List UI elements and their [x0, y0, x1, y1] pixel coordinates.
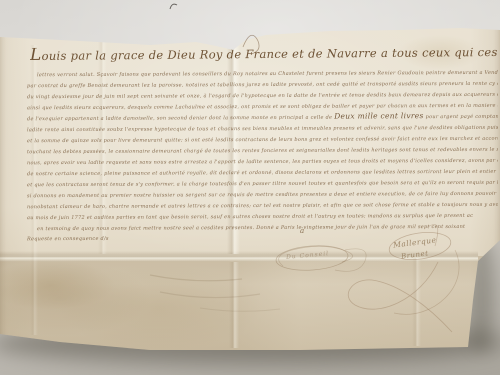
manuscript-line: ainsi que lesdits sieurs acquereurs, des… [27, 103, 498, 111]
signature-right-1: Mallerque [393, 235, 437, 249]
manuscript-line: touchant les debtes passées, le cessionn… [27, 147, 498, 155]
manuscript-line: lettres verront salut. Sçavoir faisons q… [37, 70, 498, 78]
sum-amount: Deux mille cent livres [334, 112, 423, 120]
photo-of-parchment: Louis par la grace de Dieu Roy de France… [0, 0, 500, 375]
manuscript-line: et la somme de quinze sols pour livre de… [27, 136, 498, 144]
sum-line-before: de l'exequier appartenant a ladite damoi… [27, 115, 332, 123]
ink-mark [170, 4, 177, 9]
manuscript-closing-line: Requeste en consequence d/s [27, 236, 122, 242]
manuscript-year-line: au mois de juin 1772 et audites parties … [27, 213, 473, 221]
vertical-fold-crease-lower [229, 262, 239, 348]
sum-line-after: pour argent payé comptant ainsi que dess… [426, 113, 498, 120]
faint-crease-flap [412, 258, 421, 346]
manuscript-opening-line: Louis par la grace de Dieu Roy de France… [30, 44, 498, 68]
manuscript-line: nous, apres avoir veu ladite requeste et… [27, 158, 498, 166]
manuscript-line: et que les contractans seront tenuz de s… [27, 180, 498, 188]
manuscript-date-line: en tesmoing de quoy nous avons faict met… [37, 224, 465, 232]
manuscript-line: ladite rente ainsi constituée soubz l'ex… [27, 125, 498, 133]
manuscript-line: du vingt deuxiesme jour de juin mil sept… [27, 92, 498, 100]
manuscript-line-with-sum: de l'exequier appartenant a ladite damoi… [27, 112, 498, 125]
parchment-sheet: Louis par la grace de Dieu Roy de France… [0, 0, 500, 375]
manuscript-line: de nostre certaine science, pleine puiss… [27, 169, 498, 177]
annotation-a: à [300, 227, 304, 235]
manuscript-line: par contrat du greffe Benoist demeurant … [27, 81, 498, 89]
folded-bottom-flap [0, 256, 500, 350]
manuscript-line: si donnons en mandement au premier nostr… [27, 191, 498, 199]
manuscript-line: nonobstant clameur de haro, chartre norm… [27, 202, 498, 210]
